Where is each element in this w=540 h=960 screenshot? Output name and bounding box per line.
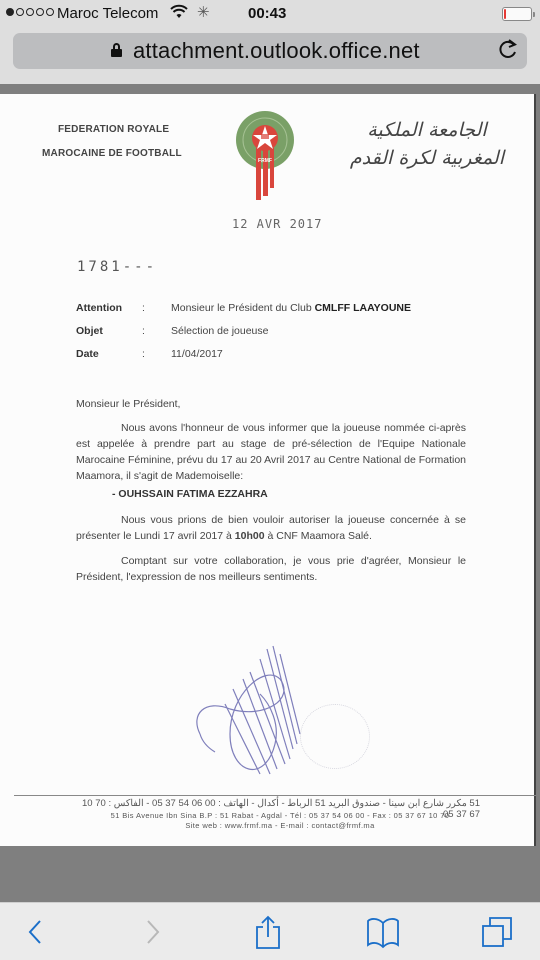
- faded-seal-stamp: [300, 704, 370, 769]
- wifi-icon: [170, 4, 188, 24]
- forward-button[interactable]: [136, 915, 170, 949]
- carrier-name: Maroc Telecom: [57, 5, 158, 22]
- battery-level: [504, 9, 506, 19]
- svg-text:FRMF: FRMF: [258, 158, 272, 164]
- browser-toolbar: [0, 902, 540, 960]
- tabs-button[interactable]: [480, 915, 514, 949]
- org-name-arabic: الجامعة الملكية المغربية لكرة القدم: [350, 116, 504, 172]
- clock: 00:43: [248, 5, 286, 22]
- browser-chrome-top: Maroc Telecom ✳ 00:43 attachment.outlook…: [0, 0, 540, 84]
- battery-icon: [502, 7, 532, 21]
- frmf-logo-icon: FRMF: [234, 108, 296, 202]
- meta-separator: :: [142, 325, 145, 337]
- letter-document: FEDERATION ROYALE MAROCAINE DE FOOTBALL …: [0, 94, 536, 846]
- lock-icon: [111, 43, 122, 57]
- url-text[interactable]: attachment.outlook.office.net: [133, 38, 420, 64]
- org-name-arabic-line1: الجامعة الملكية: [350, 116, 504, 144]
- footer-contact: Site web : www.frmf.ma - E-mail : contac…: [40, 821, 520, 830]
- meta-value: 11/04/2017: [171, 348, 223, 360]
- back-button[interactable]: [18, 915, 52, 949]
- arrival-time: 10h00: [235, 530, 265, 542]
- bookmarks-button[interactable]: [366, 915, 400, 949]
- org-name-arabic-line2: المغربية لكرة القدم: [350, 144, 504, 172]
- address-bar[interactable]: attachment.outlook.office.net: [13, 33, 527, 69]
- web-content-viewport[interactable]: FEDERATION ROYALE MAROCAINE DE FOOTBALL …: [0, 84, 540, 902]
- paragraph-invitation: Nous avons l'honneur de vous informer qu…: [76, 420, 466, 484]
- meta-separator: :: [142, 348, 145, 360]
- bookmarks-book-icon: [366, 915, 400, 949]
- loading-spinner-icon: ✳: [197, 3, 210, 21]
- tabs-icon: [480, 915, 514, 949]
- status-bar: Maroc Telecom ✳ 00:43: [0, 0, 540, 28]
- reference-number: 1781---: [77, 259, 157, 275]
- paragraph-closing: Comptant sur votre collaboration, je vou…: [76, 553, 466, 585]
- paragraph-authorization: Nous vous prions de bien vouloir autoris…: [76, 512, 466, 544]
- footer-address: 51 Bis Avenue Ibn Sina B.P : 51 Rabat - …: [40, 811, 520, 820]
- back-chevron-icon: [18, 915, 52, 949]
- meta-value: Sélection de joueuse: [171, 325, 269, 337]
- forward-chevron-icon: [136, 915, 170, 949]
- meta-separator: :: [142, 302, 145, 314]
- signal-strength-icon: [6, 8, 54, 16]
- meta-value: Monsieur le Président du Club CMLFF LAAY…: [171, 302, 411, 314]
- org-name-french-line1: FEDERATION ROYALE: [58, 124, 169, 135]
- salutation: Monsieur le Président,: [76, 396, 466, 412]
- club-name: CMLFF LAAYOUNE: [315, 302, 411, 314]
- reload-icon[interactable]: [497, 37, 519, 67]
- player-name: - OUHSSAIN FATIMA EZZAHRA: [112, 488, 268, 500]
- received-date-stamp: 12 AVR 2017: [232, 217, 322, 231]
- org-name-french-line2: MAROCAINE DE FOOTBALL: [42, 148, 182, 159]
- share-button[interactable]: [251, 915, 285, 949]
- footer-divider: [14, 795, 536, 796]
- share-icon: [251, 915, 285, 949]
